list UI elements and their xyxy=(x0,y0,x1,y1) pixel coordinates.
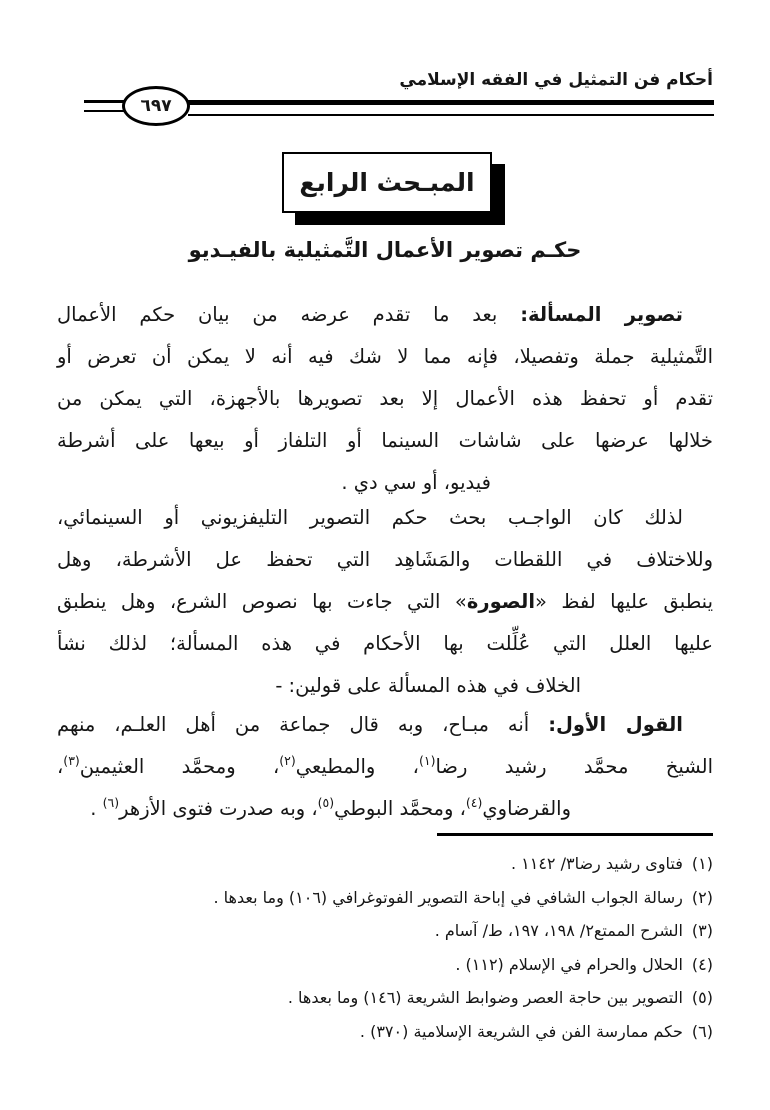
chapter-title-box: المبـحث الرابع xyxy=(282,152,492,213)
footnote-text: الشرح الممتع٢/ ١٩٨، ١٩٧، ط/ آسام . xyxy=(435,914,683,948)
body-line: ينطبق عليها لفظ «الصورة» التي جاءت بها ن… xyxy=(57,581,713,623)
line-text: . xyxy=(90,797,102,820)
chapter-subtitle: حكـم تصوير الأعمال التَّمثيلية بالفيـديو xyxy=(0,238,770,262)
footnote-row: (١) فتاوى رشيد رضا٣/ ١١٤٢ . xyxy=(50,847,713,881)
footnote-marker: (١) xyxy=(692,847,713,881)
paragraph-reasoning: لذلك كان الواجـب بحث حكم التصوير التليفز… xyxy=(57,497,713,707)
line-text: أنه مبـاح، وبه قال جماعة من أهل العلـم، … xyxy=(57,713,548,736)
footnote-marker: (٤) xyxy=(692,948,713,982)
footnote-ref-4: (٤) xyxy=(466,795,483,810)
footnote-row: (٦) حكم ممارسة الفن في الشريعة الإسلامية… xyxy=(50,1015,713,1049)
footnote-row: (٣) الشرح الممتع٢/ ١٩٨، ١٩٧، ط/ آسام . xyxy=(50,914,713,948)
body-line: عليها العلل التي عُلِّلت بها الأحكام في … xyxy=(57,623,713,665)
bold-lead: تصوير المسألة: xyxy=(520,303,683,326)
body-line: الشيخ محمَّد رشيد رضا(١)، والمطيعي(٢)، و… xyxy=(57,746,713,788)
footnote-row: (٥) التصوير بين حاجة العصر وضوابط الشريع… xyxy=(50,981,713,1015)
line-text: ، والمطيعي xyxy=(296,755,419,778)
footnote-text: فتاوى رشيد رضا٣/ ١١٤٢ . xyxy=(511,847,683,881)
body-line: التَّمثيلية جملة وتفصيلا، فإنه مما لا شك… xyxy=(57,336,713,378)
book-page: أحكام فن التمثيل في الفقه الإسلامي ٦٩٧ ا… xyxy=(0,0,770,1110)
bold-lead: القول الأول: xyxy=(548,713,683,736)
footnote-marker: (٦) xyxy=(692,1015,713,1049)
body-line: القول الأول: أنه مبـاح، وبه قال جماعة من… xyxy=(57,704,713,746)
footnote-ref-5: (٥) xyxy=(318,795,335,810)
body-line: وللاختلاف في اللقطات والمَشَاهِد التي تح… xyxy=(57,539,713,581)
footnote-marker: (٥) xyxy=(692,981,713,1015)
body-line: الخلاف في هذه المسألة على قولين: - xyxy=(57,665,713,707)
footnote-text: التصوير بين حاجة العصر وضوابط الشريعة (١… xyxy=(288,981,683,1015)
running-head-title: أحكام فن التمثيل في الفقه الإسلامي xyxy=(399,70,713,90)
line-text: » التي جاءت بها نصوص الشرع، وهل ينطبق xyxy=(57,590,467,613)
quoted-term: الصورة xyxy=(467,590,535,613)
footnote-text: الحلال والحرام في الإسلام (١١٢) . xyxy=(455,948,683,982)
line-text: ينطبق عليها لفظ « xyxy=(535,590,713,613)
paragraph-issue-description: تصوير المسألة: بعد ما تقدم عرضه من بيان … xyxy=(57,294,713,504)
footnote-marker: (٣) xyxy=(692,914,713,948)
line-text: الشيخ محمَّد رشيد رضا xyxy=(435,755,713,778)
line-text: ، ومحمَّد البوطي xyxy=(334,797,466,820)
paragraph-first-opinion: القول الأول: أنه مبـاح، وبه قال جماعة من… xyxy=(57,704,713,830)
footnote-marker: (٢) xyxy=(692,881,713,915)
line-text: ، ومحمَّد العثيمين xyxy=(80,755,279,778)
footnote-separator xyxy=(437,833,713,836)
body-line: خلالها عرضها على شاشات السينما أو التلفا… xyxy=(57,420,713,462)
page-number-oval: ٦٩٧ xyxy=(122,86,190,126)
line-text: بعد ما تقدم عرضه من بيان حكم الأعمال xyxy=(57,303,520,326)
footnotes-block: (١) فتاوى رشيد رضا٣/ ١١٤٢ . (٢) رسالة ال… xyxy=(50,847,713,1048)
footnote-row: (٢) رسالة الجواب الشافي في إباحة التصوير… xyxy=(50,881,713,915)
chapter-title: المبـحث الرابع xyxy=(299,168,474,197)
line-text: والقرضاوي xyxy=(482,797,571,820)
footnote-ref-1: (١) xyxy=(419,753,436,768)
footnote-ref-6: (٦) xyxy=(103,795,120,810)
header-rule-right xyxy=(188,100,714,116)
body-line: تقدم أو تحفظ هذه الأعمال إلا بعد تصويرها… xyxy=(57,378,713,420)
footnote-text: حكم ممارسة الفن في الشريعة الإسلامية (٣٧… xyxy=(360,1015,683,1049)
footnote-ref-2: (٢) xyxy=(279,753,296,768)
footnote-row: (٤) الحلال والحرام في الإسلام (١١٢) . xyxy=(50,948,713,982)
footnote-text: رسالة الجواب الشافي في إباحة التصوير الف… xyxy=(213,881,682,915)
line-text: ، وبه صدرت فتوى الأزهر xyxy=(119,797,318,820)
body-line: لذلك كان الواجـب بحث حكم التصوير التليفز… xyxy=(57,497,713,539)
footnote-ref-3: (٣) xyxy=(63,753,80,768)
page-number: ٦٩٧ xyxy=(140,96,171,116)
header-rule-left xyxy=(84,100,124,112)
body-line: والقرضاوي(٤)، ومحمَّد البوطي(٥)، وبه صدر… xyxy=(57,788,713,830)
body-line: تصوير المسألة: بعد ما تقدم عرضه من بيان … xyxy=(57,294,713,336)
